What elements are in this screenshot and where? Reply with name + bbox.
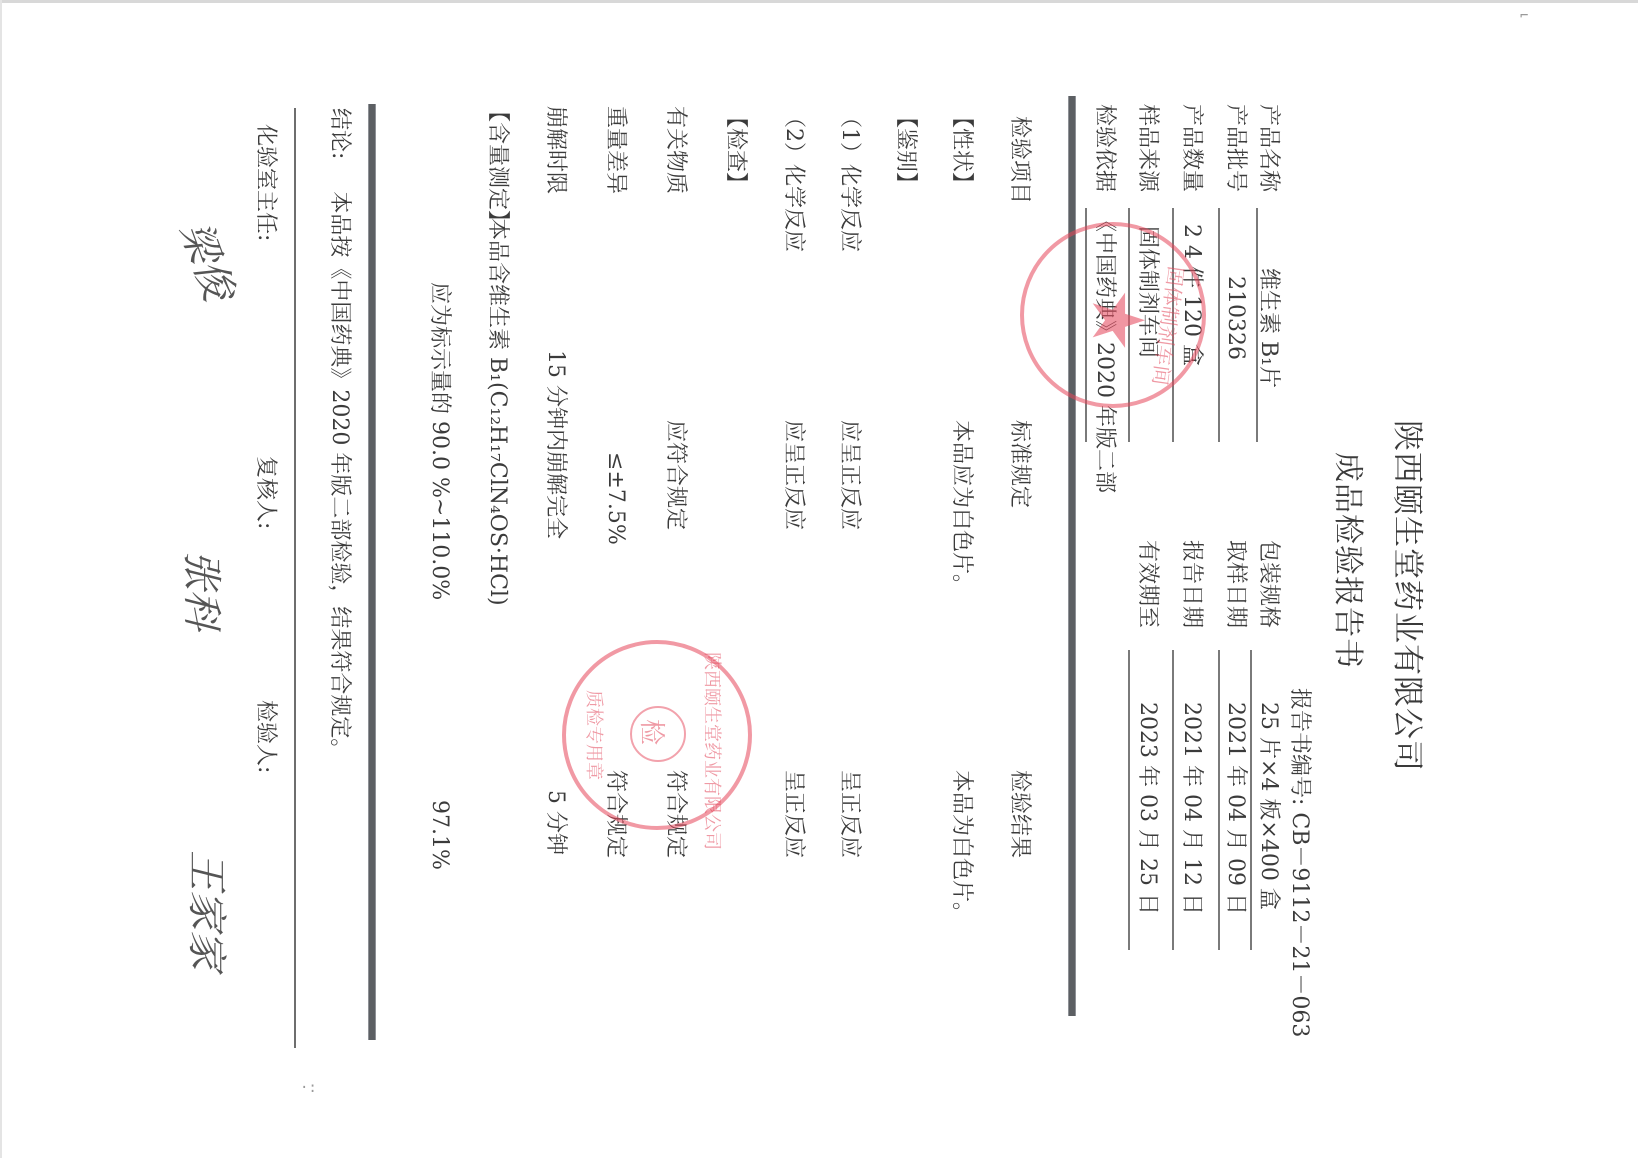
company-name: 陕西颐生堂药业有限公司: [1394, 420, 1420, 772]
underline: [1250, 650, 1252, 950]
qc-seal-center: 检: [635, 719, 672, 745]
label-package-spec: 包装规格: [1255, 540, 1281, 628]
qc-seal-text-bottom: 质检专用章: [582, 690, 608, 780]
row-result: 本品为白色片。: [948, 770, 974, 924]
report-number-label: 报告书编号:: [1287, 688, 1312, 805]
header-result: 检验结果: [1006, 770, 1032, 858]
header-test-item: 检验项目: [1006, 116, 1032, 204]
header-standard: 标准规定: [1006, 420, 1032, 508]
label-sample-source: 样品来源: [1134, 104, 1160, 192]
qc-seal-text-top: 陕西颐生堂药业有限公司: [700, 652, 726, 850]
row-standard: 应为标示量的 90.0 %~110.0%: [426, 282, 452, 600]
report-number-value: CB－9112－21－063: [1287, 812, 1312, 1037]
report-title: 成品检验报告书: [1334, 452, 1360, 669]
inspector-signature: 王家家: [181, 850, 238, 970]
conclusion-label: 结论:: [327, 108, 352, 159]
lab-director-label: 化验室主任:: [252, 124, 278, 241]
value-sampling-date: 2021 年 04 月 09 日: [1222, 702, 1248, 915]
row-result: 呈正反应: [780, 770, 806, 858]
conclusion: 结论: 本品按《中国药典》2020 年版二部检验，结果符合规定。: [326, 108, 352, 760]
row-item: 有关物质: [662, 106, 688, 194]
conclusion-rule: [294, 108, 296, 1048]
table-bottom-rule: [368, 104, 376, 1040]
value-batch-no: 210326: [1222, 276, 1248, 360]
row-result: 5 分钟: [542, 790, 568, 855]
value-report-date: 2021 年 04 月 12 日: [1178, 702, 1204, 915]
row-result: 呈正反应: [836, 770, 862, 858]
label-batch-no: 产品批号: [1222, 104, 1248, 192]
underline: [1218, 650, 1220, 950]
label-quantity: 产品数量: [1178, 104, 1204, 192]
inspector-label: 检验人:: [252, 700, 278, 773]
underline: [1218, 208, 1220, 442]
row-standard: ≤±7.5%: [602, 452, 628, 545]
row-item: （2）化学反应: [780, 106, 806, 252]
row-item: 【含量测定】: [484, 100, 510, 232]
row-standard: 本品含维生素 B₁(C₁₂H₁₇ClN₄OS·HCl): [484, 218, 510, 606]
label-report-date: 报告日期: [1178, 540, 1204, 628]
reviewer-label: 复核人:: [252, 456, 278, 529]
row-standard: 应符合规定: [662, 420, 688, 530]
underline: [1172, 650, 1174, 950]
row-standard: 15 分钟内崩解完全: [542, 350, 568, 539]
value-product-name: 维生素 B₁片: [1255, 268, 1281, 388]
report-number: 报告书编号: CB－9112－21－063: [1286, 688, 1312, 1037]
label-expiry-date: 有效期至: [1134, 540, 1160, 628]
value-expiry-date: 2023 年 03 月 25 日: [1134, 702, 1160, 915]
conclusion-text: 本品按《中国药典》2020 年版二部检验，结果符合规定。: [327, 191, 352, 760]
row-result: 97.1%: [426, 800, 452, 870]
row-item: 崩解时限: [542, 106, 568, 194]
row-standard: 应呈正反应: [780, 420, 806, 530]
row-item: 【性状】: [948, 106, 974, 194]
label-product-name: 产品名称: [1255, 104, 1281, 192]
underline: [1128, 650, 1130, 950]
production-seal: ★ 固体制剂车间: [1020, 222, 1206, 408]
value-package-spec: 25 片×4 板×400 盒: [1255, 702, 1281, 910]
row-item: 【鉴别】: [892, 106, 918, 194]
underline: [1256, 208, 1258, 442]
label-sampling-date: 取样日期: [1222, 540, 1248, 628]
star-icon: ★: [1082, 288, 1154, 353]
row-standard: 应呈正反应: [836, 420, 862, 530]
row-standard: 本品应为白色片。: [948, 420, 974, 596]
lab-director-signature: 梁俊: [169, 213, 250, 308]
qc-seal: 检 陕西颐生堂药业有限公司 质检专用章: [562, 640, 752, 830]
row-item: （1）化学反应: [836, 106, 862, 252]
inspection-report-page: 陕西颐生堂药业有限公司 成品检验报告书 报告书编号: CB－9112－21－06…: [0, 0, 1638, 1158]
row-item: 【检查】: [722, 106, 748, 194]
reviewer-signature: 张科: [176, 550, 233, 630]
row-item: 重量差异: [602, 106, 628, 194]
label-standard-basis: 检验依据: [1091, 104, 1117, 192]
